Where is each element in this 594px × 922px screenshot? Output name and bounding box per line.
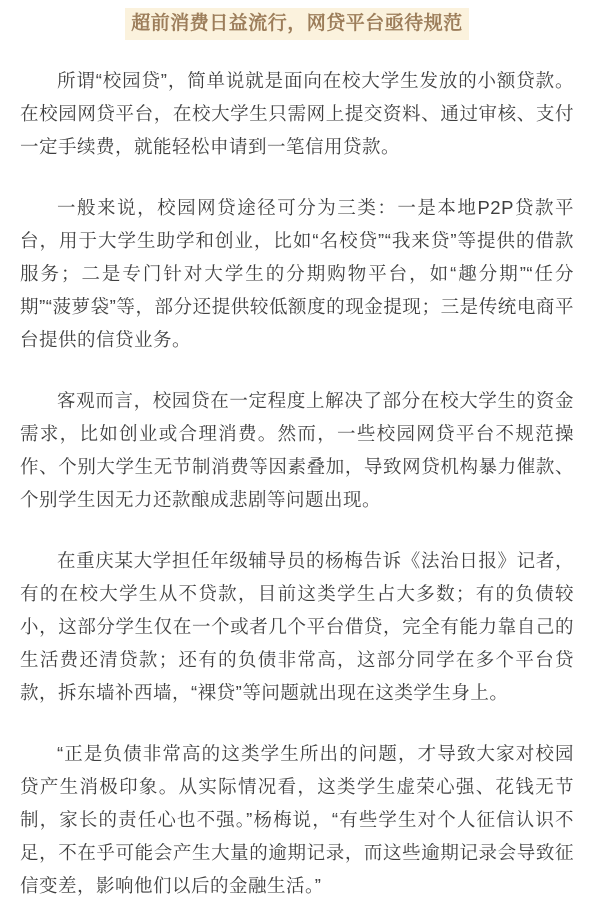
paragraph-2: 一般来说，校园网贷途径可分为三类：一是本地P2P贷款平台，用于大学生助学和创业，… [20, 191, 574, 356]
title-row: 超前消费日益流行，网贷平台亟待规范 [20, 8, 574, 40]
article-body: 所谓“校园贷”，简单说就是面向在校大学生发放的小额贷款。在校园网贷平台，在校大学… [20, 64, 574, 902]
paragraph-4: 在重庆某大学担任年级辅导员的杨梅告诉《法治日报》记者，有的在校大学生从不贷款，目… [20, 544, 574, 709]
paragraph-5: “正是负债非常高的这类学生所出的问题，才导致大家对校园贷产生消极印象。从实际情况… [20, 737, 574, 902]
paragraph-3: 客观而言，校园贷在一定程度上解决了部分在校大学生的资金需求，比如创业或合理消费。… [20, 384, 574, 516]
paragraph-1: 所谓“校园贷”，简单说就是面向在校大学生发放的小额贷款。在校园网贷平台，在校大学… [20, 64, 574, 163]
article-title: 超前消费日益流行，网贷平台亟待规范 [125, 8, 469, 40]
article-page: 超前消费日益流行，网贷平台亟待规范 所谓“校园贷”，简单说就是面向在校大学生发放… [0, 0, 594, 922]
